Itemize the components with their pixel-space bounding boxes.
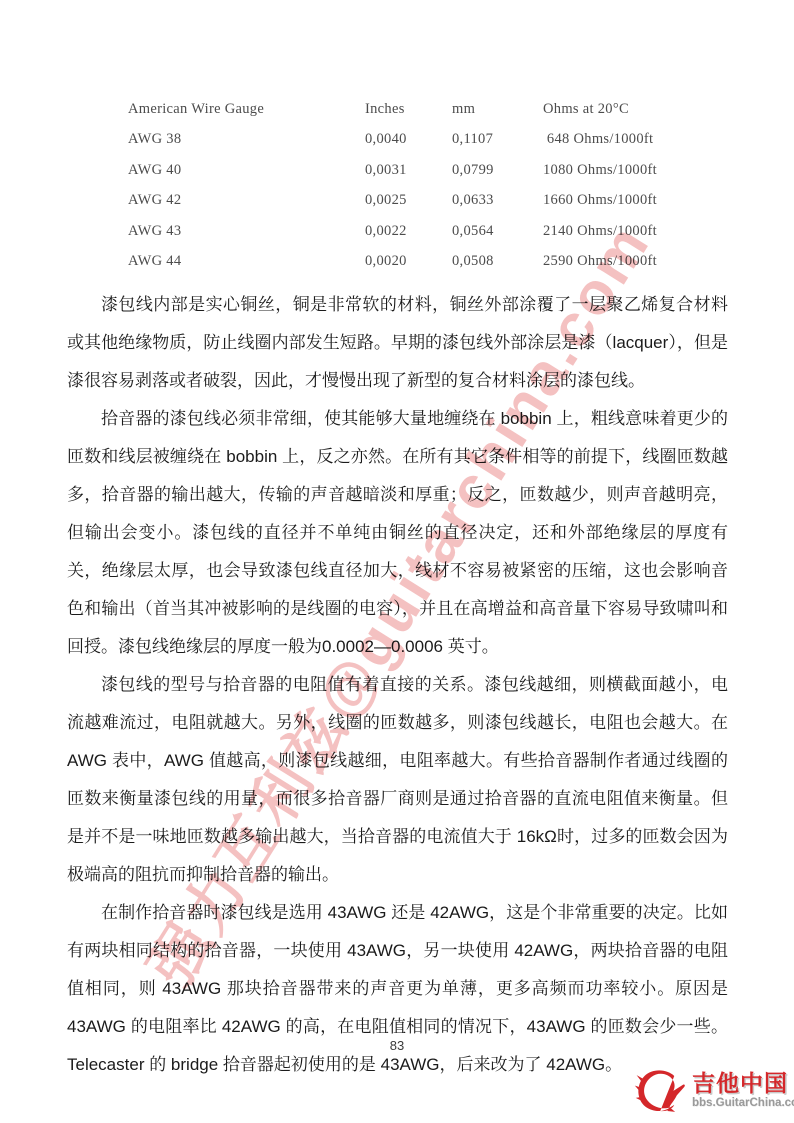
table-cell: 2590 Ohms/1000ft — [543, 253, 723, 283]
table-cell: 0,0799 — [452, 162, 543, 192]
paragraph-wire-thickness-tone: 拾音器的漆包线必须非常细，使其能够大量地缠绕在 bobbin 上，粗线意味着更少… — [67, 400, 728, 666]
body-text: 漆包线内部是实心铜丝，铜是非常软的材料，铜丝外部涂覆了一层聚乙烯复合材料或其他绝… — [67, 286, 728, 1084]
table-header-ohms: Ohms at 20°C — [543, 101, 723, 131]
logo-title: 吉他中国 — [692, 1071, 794, 1096]
table-cell: 0,1107 — [452, 131, 543, 161]
table-cell: 1080 Ohms/1000ft — [543, 162, 723, 192]
table-cell: 0,0564 — [452, 223, 543, 253]
paragraph-enamel-wire-coating: 漆包线内部是实心铜丝，铜是非常软的材料，铜丝外部涂覆了一层聚乙烯复合材料或其他绝… — [67, 286, 728, 400]
logo-subtitle: bbs.GuitarChina.com — [692, 1096, 794, 1110]
logo-text-block: 吉他中国 bbs.GuitarChina.com — [692, 1071, 794, 1110]
table-cell: 648 Ohms/1000ft — [543, 131, 723, 161]
table-cell: AWG 42 — [128, 192, 365, 222]
table-cell: 0,0040 — [365, 131, 452, 161]
table-cell: AWG 40 — [128, 162, 365, 192]
table-cell: 0,0508 — [452, 253, 543, 283]
table-cell: 0,0633 — [452, 192, 543, 222]
table-cell: 0,0022 — [365, 223, 452, 253]
paragraph-43awg-vs-42awg: 在制作拾音器时漆包线是选用 43AWG 还是 42AWG，这是个非常重要的决定。… — [67, 894, 728, 1084]
table-cell: 2140 Ohms/1000ft — [543, 223, 723, 253]
table-cell: 1660 Ohms/1000ft — [543, 192, 723, 222]
scanned-document-page: American Wire Gauge Inches mm Ohms at 20… — [0, 0, 794, 1123]
table-cell: 0,0020 — [365, 253, 452, 283]
table-cell: 0,0031 — [365, 162, 452, 192]
page-number: 83 — [0, 1038, 794, 1053]
table-cell: AWG 43 — [128, 223, 365, 253]
table-header-inches: Inches — [365, 101, 452, 131]
table-cell: AWG 38 — [128, 131, 365, 161]
table-header-gauge: American Wire Gauge — [128, 101, 365, 131]
table-cell: 0,0025 — [365, 192, 452, 222]
table-cell: AWG 44 — [128, 253, 365, 283]
paragraph-awg-resistance: 漆包线的型号与拾音器的电阻值有着直接的关系。漆包线越细，则横截面越小，电流越难流… — [67, 666, 728, 894]
dragon-g-icon — [634, 1066, 690, 1114]
site-logo: 吉他中国 bbs.GuitarChina.com — [634, 1066, 790, 1114]
table-header-mm: mm — [452, 101, 543, 131]
wire-gauge-table: American Wire Gauge Inches mm Ohms at 20… — [128, 101, 723, 283]
